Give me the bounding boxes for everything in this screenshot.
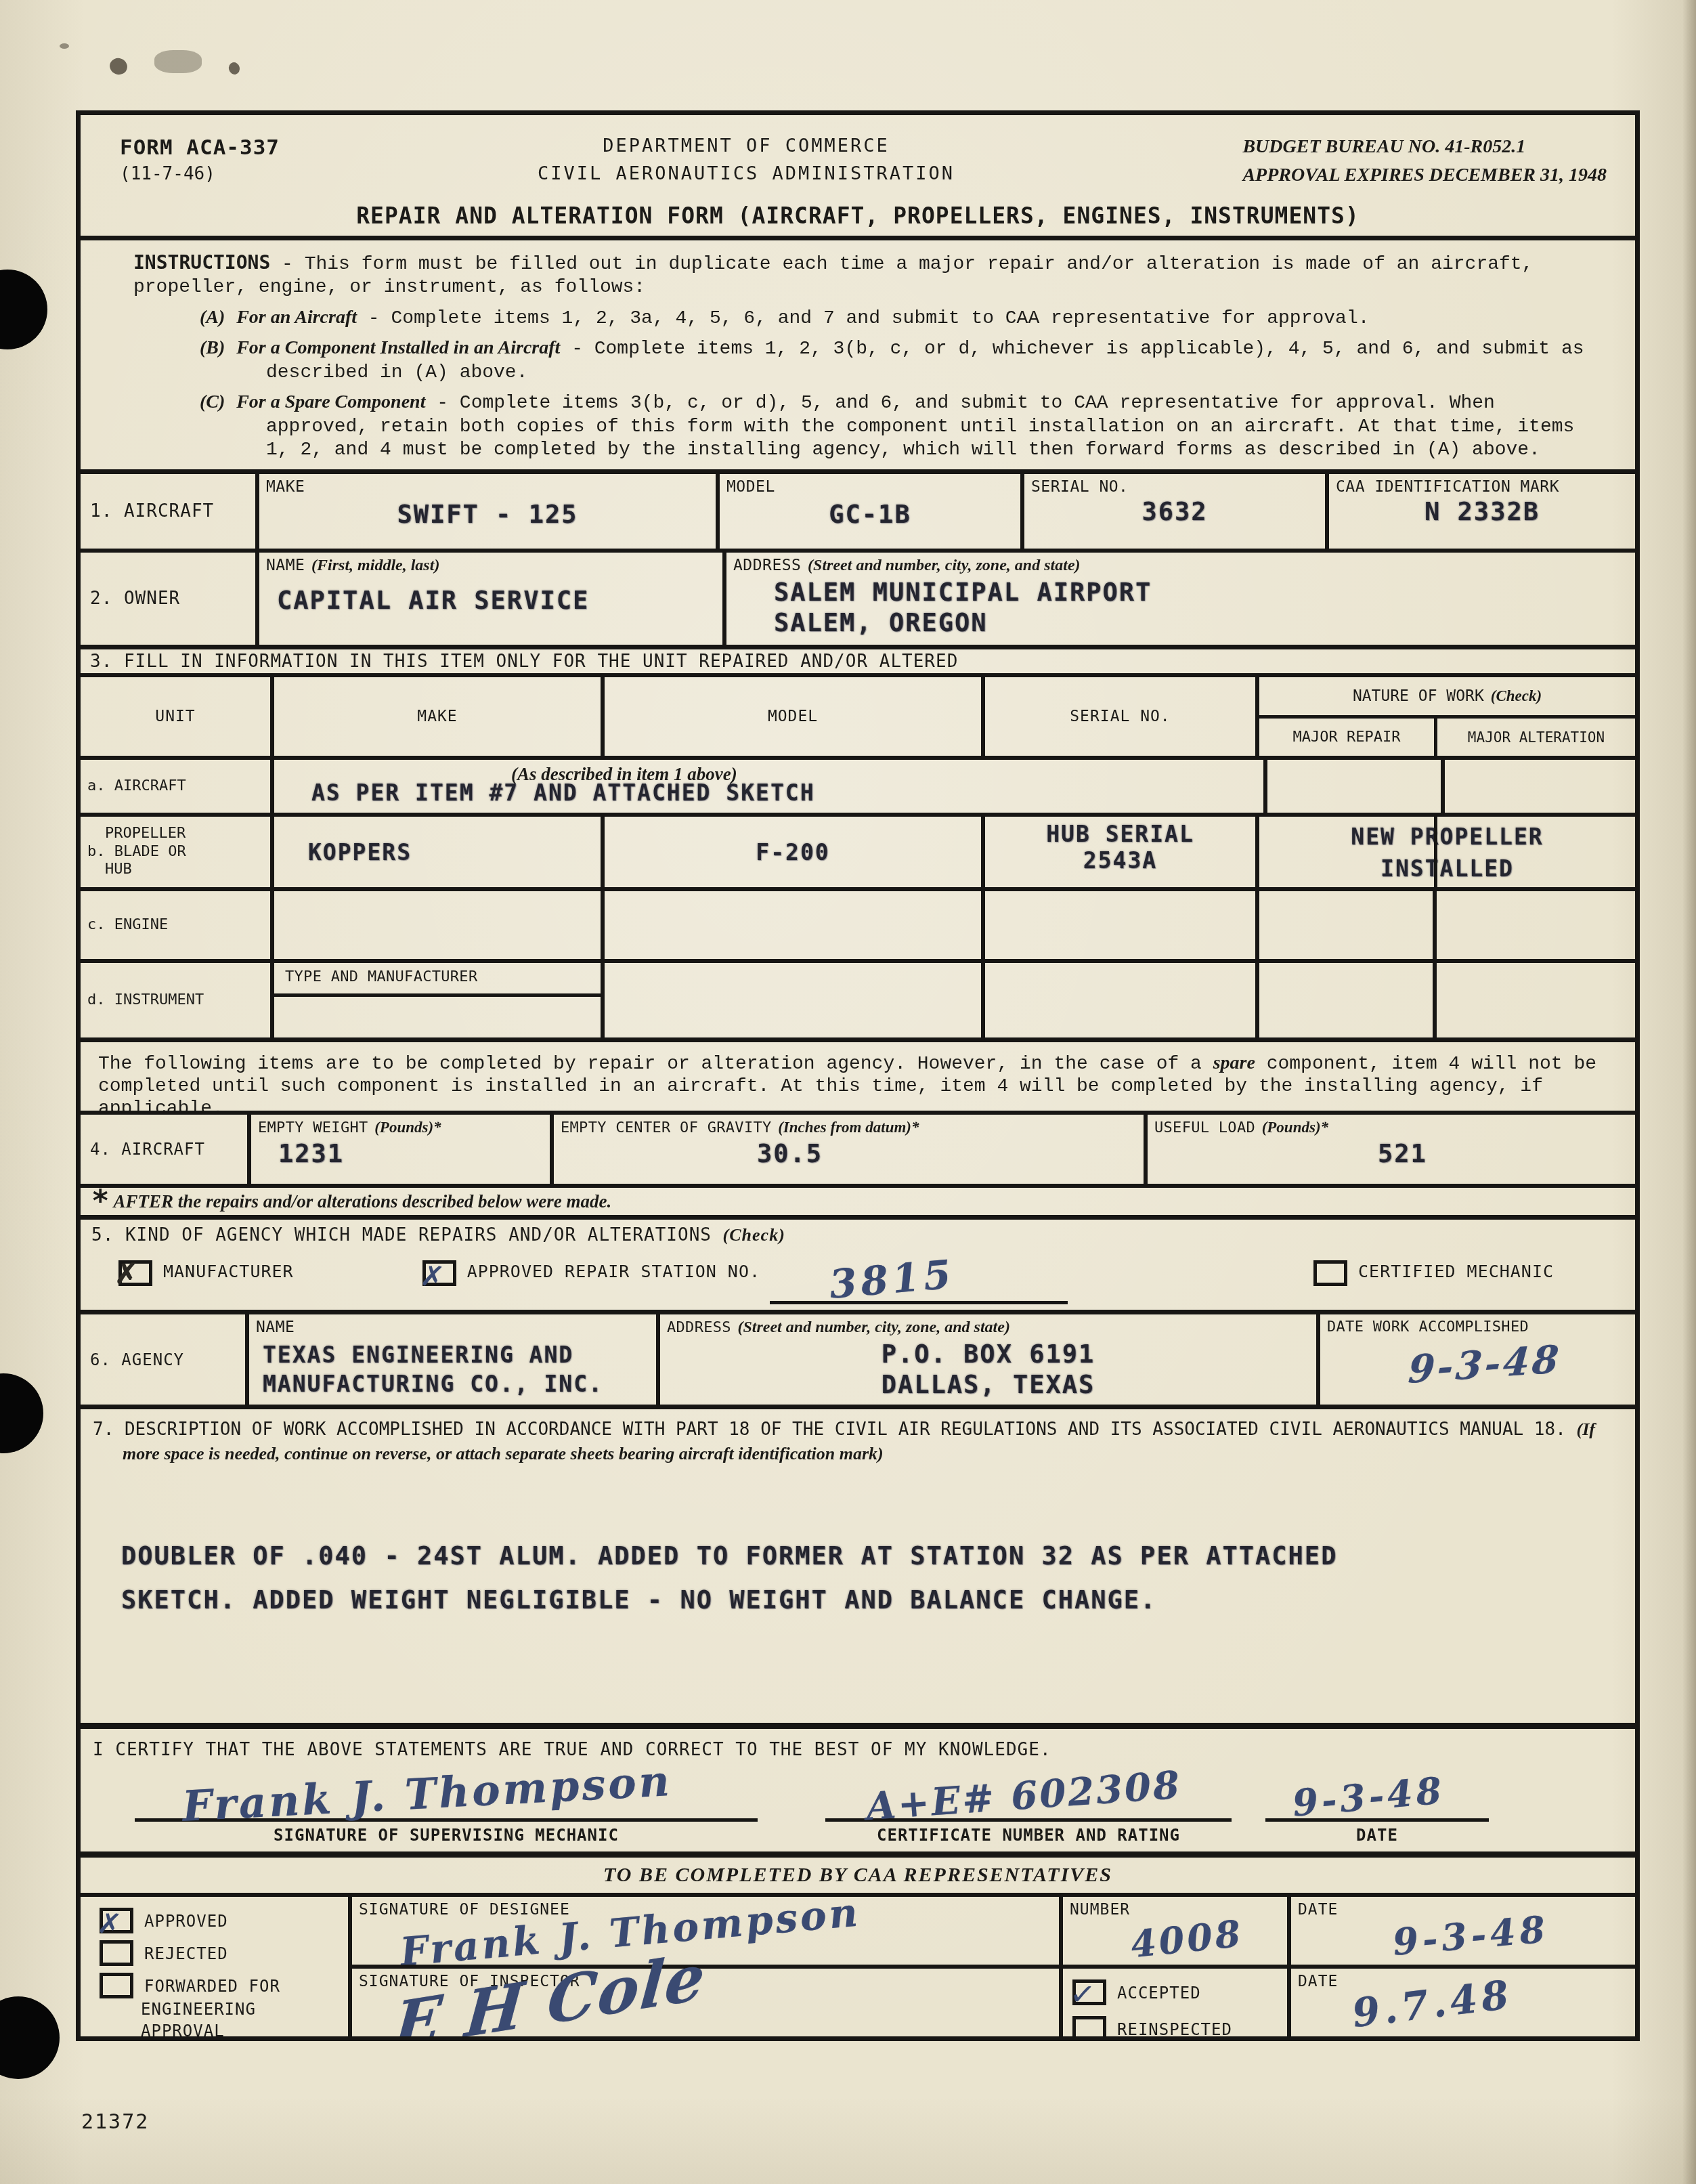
certification-date-group: 9-3-48 DATE [1265, 1768, 1489, 1845]
item5-agency-kind: 5. KIND OF AGENCY WHICH MADE REPAIRS AND… [81, 1215, 1635, 1310]
empty-weight-cell: EMPTY WEIGHT (Pounds)* 1231 [247, 1115, 550, 1184]
approved-label: APPROVED [144, 1910, 228, 1931]
reinspected-label: REINSPECTED [1117, 2019, 1232, 2036]
useful-load-label: USEFUL LOAD (Pounds)* [1154, 1119, 1628, 1136]
caa-grid: ✗ APPROVED REJECTED FORWARDED FOR ENGINE… [81, 1897, 1635, 2036]
repair-station-check-mark: ✗ [420, 1256, 445, 1293]
certification-date-label: DATE [1265, 1826, 1489, 1845]
caa-number-cell: NUMBER 4008 [1059, 1897, 1287, 1965]
manufacturer-checkbox: ✗✗ [118, 1260, 152, 1286]
row-a-major-alteration-cell [1441, 760, 1635, 813]
caa-number-value: 4008 [1129, 1911, 1245, 1966]
repair-station-number-group: 3815 (SPECIFY) [770, 1260, 1068, 1310]
row-c-model-cell [601, 891, 981, 959]
item1-model-cell: MODEL GC-1B [716, 474, 1020, 549]
mechanic-signature-line: Frank J. Thompson [135, 1768, 758, 1822]
caa-date2-cell: DATE 9.7.48 [1287, 1965, 1635, 2036]
agency-name-label: NAME [256, 1319, 649, 1336]
accepted-label: ACCEPTED [1117, 1982, 1201, 2003]
owner-address-line2: SALEM, OREGON [774, 608, 1628, 637]
approved-check-mark: ✗ [97, 1904, 122, 1941]
description-line2: SKETCH. ADDED WEIGHT NEGLIGIBLE - NO WEI… [121, 1579, 1337, 1623]
center-of-gravity-label: EMPTY CENTER OF GRAVITY (Inches from dat… [561, 1119, 1137, 1136]
forwarded-checkbox [100, 1973, 133, 1998]
column-serial: SERIAL NO. [981, 677, 1255, 756]
row-b-serial-line2: 2543A [992, 847, 1248, 874]
ink-smudge [227, 61, 241, 76]
form-title: REPAIR AND ALTERATION FORM (AIRCRAFT, PR… [81, 202, 1635, 229]
item1-aircraft-row: 1. AIRCRAFT MAKE SWIFT - 125 MODEL GC-1B… [81, 469, 1635, 549]
caa-date1-value: 9-3-48 [1391, 1907, 1551, 1964]
inspector-signature-cell: SIGNATURE OF INSPECTOR E H Cole [348, 1965, 1059, 2036]
footnote-text: AFTER the repairs and/or alterations des… [114, 1191, 612, 1212]
item5-options: ✗✗ MANUFACTURER ✗ APPROVED REPAIR STATIO… [91, 1260, 1635, 1310]
item3-row-instrument: d. INSTRUMENT TYPE AND MANUFACTURER [81, 959, 1635, 1037]
row-c-make-cell [270, 891, 601, 959]
row-c-label: c. ENGINE [81, 891, 270, 959]
instructions-label: INSTRUCTIONS [133, 251, 270, 274]
repair-station-label: APPROVED REPAIR STATION NO. [467, 1260, 760, 1310]
row-a-description-cell: (As described in item 1 above) AS PER IT… [270, 760, 1263, 813]
row-b-nature-line2: INSTALLED [1266, 855, 1628, 882]
column-nature-of-work: NATURE OF WORK (Check) MAJOR REPAIR MAJO… [1255, 677, 1635, 756]
row-b-model-cell: F-200 [601, 817, 981, 887]
agency-name-cell: NAME TEXAS ENGINEERING AND MANUFACTURING… [245, 1314, 656, 1405]
row-b-serial-line1: HUB SERIAL [992, 821, 1248, 847]
agency-address-label: ADDRESS (Street and number, city, zone, … [667, 1319, 1309, 1337]
caa-date1-cell: DATE 9-3-48 [1287, 1897, 1635, 1965]
description-line1: DOUBLER OF .040 - 24ST ALUM. ADDED TO FO… [121, 1535, 1337, 1579]
row-b-nature-line1: NEW PROPELLER [1266, 823, 1628, 850]
ink-smudge [154, 50, 202, 73]
item4-row-label: 4. AIRCRAFT [81, 1115, 247, 1184]
owner-address-line1: SALEM MUNICIPAL AIRPORT [774, 578, 1628, 607]
date-work-accomplished-value: 9-3-48 [1407, 1337, 1563, 1392]
certified-mechanic-label: CERTIFIED MECHANIC [1358, 1260, 1554, 1286]
model-value: GC-1B [726, 500, 1014, 529]
agency-address-line2: DALLAS, TEXAS [667, 1370, 1309, 1399]
caa-section: TO BE COMPLETED BY CAA REPRESENTATIVES ✗… [81, 1851, 1635, 2036]
item2-name-cell: NAME (First, middle, last) CAPITAL AIR S… [255, 553, 722, 645]
caa-date2-value: 9.7.48 [1350, 1971, 1515, 2036]
row-b-make-cell: KOPPERS [270, 817, 601, 887]
item2-row-label: 2. OWNER [81, 553, 255, 645]
form-header: FORM ACA-337 (11-7-46) DEPARTMENT OF COM… [81, 115, 1635, 236]
budget-bureau-no: BUDGET BUREAU NO. 41-R052.1 [1242, 133, 1607, 161]
row-d-model-cell [601, 963, 981, 1037]
manufacturer-check-mark: ✗✗ [115, 1254, 117, 1289]
certified-mechanic-option: CERTIFIED MECHANIC [1313, 1260, 1554, 1286]
row-d-make-cell: TYPE AND MANUFACTURER [270, 963, 601, 1037]
repair-station-number-line: 3815 [770, 1260, 1068, 1304]
budget-bureau-block: BUDGET BUREAU NO. 41-R052.1 APPROVAL EXP… [1242, 133, 1607, 190]
item1-make-cell: MAKE SWIFT - 125 [255, 474, 716, 549]
item2-address-cell: ADDRESS (Street and number, city, zone, … [722, 553, 1635, 645]
certificate-number-label: CERTIFICATE NUMBER AND RATING [825, 1826, 1232, 1845]
administration-name: CIVIL AERONAUTICS ADMINISTRATION [81, 160, 1412, 188]
row-c-serial-cell [981, 891, 1255, 959]
mechanic-signature-value: Frank J. Thompson [181, 1756, 674, 1831]
model-label: MODEL [726, 478, 1014, 496]
row-b-serial-cell: HUB SERIAL 2543A [981, 817, 1255, 887]
owner-name-label: NAME (First, middle, last) [266, 557, 716, 575]
item6-agency-row: 6. AGENCY NAME TEXAS ENGINEERING AND MAN… [81, 1310, 1635, 1405]
certification-statement: I CERTIFY THAT THE ABOVE STATEMENTS ARE … [81, 1729, 1635, 1760]
date-work-accomplished-cell: DATE WORK ACCOMPLISHED 9-3-48 [1316, 1314, 1635, 1405]
owner-address-label: ADDRESS (Street and number, city, zone, … [733, 557, 1628, 575]
reinspected-option: REINSPECTED [1072, 2016, 1280, 2036]
reinspected-checkbox [1072, 2016, 1106, 2036]
date-work-accomplished-label: DATE WORK ACCOMPLISHED [1327, 1319, 1628, 1335]
make-value: SWIFT - 125 [266, 500, 709, 529]
nature-of-work-subcolumns: MAJOR REPAIR MAJOR ALTERATION [1259, 719, 1635, 756]
row-b-label: PROPELLER b. BLADE OR HUB [81, 817, 270, 887]
nature-of-work-label: NATURE OF WORK (Check) [1259, 677, 1635, 719]
agency-name-line2: MANUFACTURING CO., INC. [263, 1371, 649, 1397]
make-label: MAKE [266, 478, 709, 496]
certification-date-line: 9-3-48 [1265, 1768, 1489, 1822]
item1-row-label: 1. AIRCRAFT [81, 474, 255, 549]
useful-load-value: 521 [1378, 1139, 1628, 1168]
owner-name-value: CAPITAL AIR SERVICE [277, 586, 716, 615]
serial-label: SERIAL NO. [1031, 478, 1318, 496]
row-a-major-repair-cell [1263, 760, 1441, 813]
column-major-alteration: MAJOR ALTERATION [1434, 719, 1635, 756]
approval-expires: APPROVAL EXPIRES DECEMBER 31, 1948 [1242, 161, 1607, 190]
department-name: DEPARTMENT OF COMMERCE [81, 133, 1412, 160]
certification-section: I CERTIFY THAT THE ABOVE STATEMENTS ARE … [81, 1723, 1635, 1851]
instructions-lead: INSTRUCTIONS - This form must be filled … [133, 251, 1608, 300]
item2-owner-row: 2. OWNER NAME (First, middle, last) CAPI… [81, 549, 1635, 645]
item7-heading: 7. DESCRIPTION OF WORK ACCOMPLISHED IN A… [93, 1417, 1608, 1466]
manufacturer-label: MANUFACTURER [163, 1260, 294, 1286]
center-of-gravity-cell: EMPTY CENTER OF GRAVITY (Inches from dat… [550, 1115, 1144, 1184]
form-aca-337: FORM ACA-337 (11-7-46) DEPARTMENT OF COM… [76, 110, 1640, 2041]
caa-identification-label: CAA IDENTIFICATION MARK [1336, 478, 1628, 496]
forwarded-label: FORWARDED FOR [144, 1975, 280, 1996]
item3-row-aircraft: a. AIRCRAFT (As described in item 1 abov… [81, 756, 1635, 813]
scanned-repair-alteration-form: FORM ACA-337 (11-7-46) DEPARTMENT OF COM… [0, 0, 1696, 2184]
accepted-checkbox: ✓ [1072, 1979, 1106, 2005]
ink-smudge [60, 43, 69, 49]
agency-address-line1: P.O. BOX 6191 [667, 1340, 1309, 1369]
column-make: MAKE [270, 677, 601, 756]
certification-date-value: 9-3-48 [1291, 1768, 1447, 1824]
row-d-major-repair-cell [1255, 963, 1433, 1037]
accepted-check-mark: ✓ [1070, 1975, 1095, 2013]
instruction-item-b: (B) For a Component Installed in an Airc… [266, 337, 1608, 385]
accepted-option: ✓ ACCEPTED [1072, 1979, 1280, 2005]
row-b-make-value: KOPPERS [281, 839, 412, 865]
agency-name-block: DEPARTMENT OF COMMERCE CIVIL AERONAUTICS… [81, 133, 1412, 188]
mechanic-signature-group: Frank J. Thompson SIGNATURE OF SUPERVISI… [135, 1768, 758, 1845]
accepted-reinspected-cell: ✓ ACCEPTED REINSPECTED [1059, 1965, 1287, 2036]
column-unit: UNIT [81, 677, 270, 756]
item3-row-propeller: PROPELLER b. BLADE OR HUB KOPPERS F-200 … [81, 813, 1635, 887]
rejected-label: REJECTED [144, 1943, 228, 1963]
repair-station-option: ✗ APPROVED REPAIR STATION NO. 3815 (SPEC… [422, 1260, 1068, 1310]
row-a-typed-entry: AS PER ITEM #7 AND ATTACHED SKETCH [281, 779, 1257, 806]
caa-date1-label: DATE [1298, 1901, 1338, 1919]
approved-checkbox: ✗ [100, 1908, 133, 1933]
item7-description: 7. DESCRIPTION OF WORK ACCOMPLISHED IN A… [81, 1405, 1635, 1723]
scan-edge-shadow [1682, 0, 1696, 2184]
row-b-model-value: F-200 [756, 839, 829, 865]
row-c-major-alteration-cell [1433, 891, 1635, 959]
certificate-number-group: A+E# 602308 CERTIFICATE NUMBER AND RATIN… [825, 1768, 1232, 1845]
item3-row-engine: c. ENGINE [81, 887, 1635, 959]
column-model: MODEL [601, 677, 981, 756]
instruction-item-a: (A) For an Aircraft - Complete items 1, … [266, 306, 1608, 330]
agency-address-cell: ADDRESS (Street and number, city, zone, … [656, 1314, 1316, 1405]
item4-aircraft-row: 4. AIRCRAFT EMPTY WEIGHT (Pounds)* 1231 … [81, 1111, 1635, 1184]
hole-punch [0, 270, 47, 349]
instruction-item-c: (C) For a Spare Component - Complete ite… [266, 391, 1608, 462]
ink-smudge [108, 56, 130, 77]
caa-number-label: NUMBER [1070, 1901, 1130, 1919]
agency-name-line1: TEXAS ENGINEERING AND [263, 1342, 649, 1368]
approved-option: ✗ APPROVED [100, 1908, 341, 1933]
row-b-nature-cell: NEW PROPELLER INSTALLED [1255, 817, 1635, 887]
type-and-manufacturer-label: TYPE AND MANUFACTURER [274, 963, 601, 997]
forwarded-label-line3: APPROVAL [141, 2020, 341, 2036]
row-d-serial-cell [981, 963, 1255, 1037]
caa-identification-value: N 2332B [1336, 497, 1628, 526]
repair-station-checkbox: ✗ [422, 1260, 456, 1286]
certificate-number-line: A+E# 602308 [825, 1768, 1232, 1822]
center-of-gravity-value: 30.5 [757, 1139, 1137, 1168]
forwarded-label-line2: ENGINEERING [141, 1998, 341, 2020]
row-a-label: a. AIRCRAFT [81, 760, 270, 813]
certified-mechanic-checkbox [1313, 1260, 1347, 1286]
item1-serial-cell: SERIAL NO. 3632 [1020, 474, 1325, 549]
nature-column-divider [1434, 817, 1437, 887]
row-d-label: d. INSTRUMENT [81, 963, 270, 1037]
item1-caa-mark-cell: CAA IDENTIFICATION MARK N 2332B [1325, 474, 1635, 549]
page-serial-number: 21372 [81, 2110, 149, 2134]
empty-weight-value: 1231 [278, 1139, 543, 1168]
row-d-major-alteration-cell [1433, 963, 1635, 1037]
useful-load-cell: USEFUL LOAD (Pounds)* 521 [1144, 1115, 1635, 1184]
item5-heading: 5. KIND OF AGENCY WHICH MADE REPAIRS AND… [91, 1225, 1635, 1245]
forwarded-option: FORWARDED FOR [100, 1973, 341, 1998]
caa-date2-label: DATE [1298, 1973, 1338, 1990]
column-major-repair: MAJOR REPAIR [1259, 719, 1434, 756]
rejected-option: REJECTED [100, 1940, 341, 1966]
hole-punch [0, 1373, 43, 1453]
caa-decision-checkboxes: ✗ APPROVED REJECTED FORWARDED FOR ENGINE… [81, 1897, 348, 2036]
rejected-checkbox [100, 1940, 133, 1966]
item7-typed-description: DOUBLER OF .040 - 24ST ALUM. ADDED TO FO… [121, 1535, 1337, 1623]
certificate-number-value: A+E# 602308 [865, 1763, 1183, 1829]
spare-component-note: The following items are to be completed … [81, 1037, 1635, 1111]
hole-punch [0, 1996, 60, 2079]
designee-signature-label: SIGNATURE OF DESIGNEE [359, 1901, 570, 1919]
manufacturer-option: ✗✗ MANUFACTURER [118, 1260, 294, 1286]
repair-station-number-value: 3815 [827, 1251, 957, 1308]
item3-banner: 3. FILL IN INFORMATION IN THIS ITEM ONLY… [81, 645, 1635, 673]
empty-weight-label: EMPTY WEIGHT (Pounds)* [258, 1119, 543, 1136]
row-c-major-repair-cell [1255, 891, 1433, 959]
instructions-section: INSTRUCTIONS - This form must be filled … [81, 236, 1635, 469]
item6-row-label: 6. AGENCY [81, 1314, 245, 1405]
serial-value: 3632 [1031, 497, 1318, 526]
item3-table-header: UNIT MAKE MODEL SERIAL NO. NATURE OF WOR… [81, 673, 1635, 756]
footnote: * AFTER the repairs and/or alterations d… [81, 1184, 1635, 1215]
